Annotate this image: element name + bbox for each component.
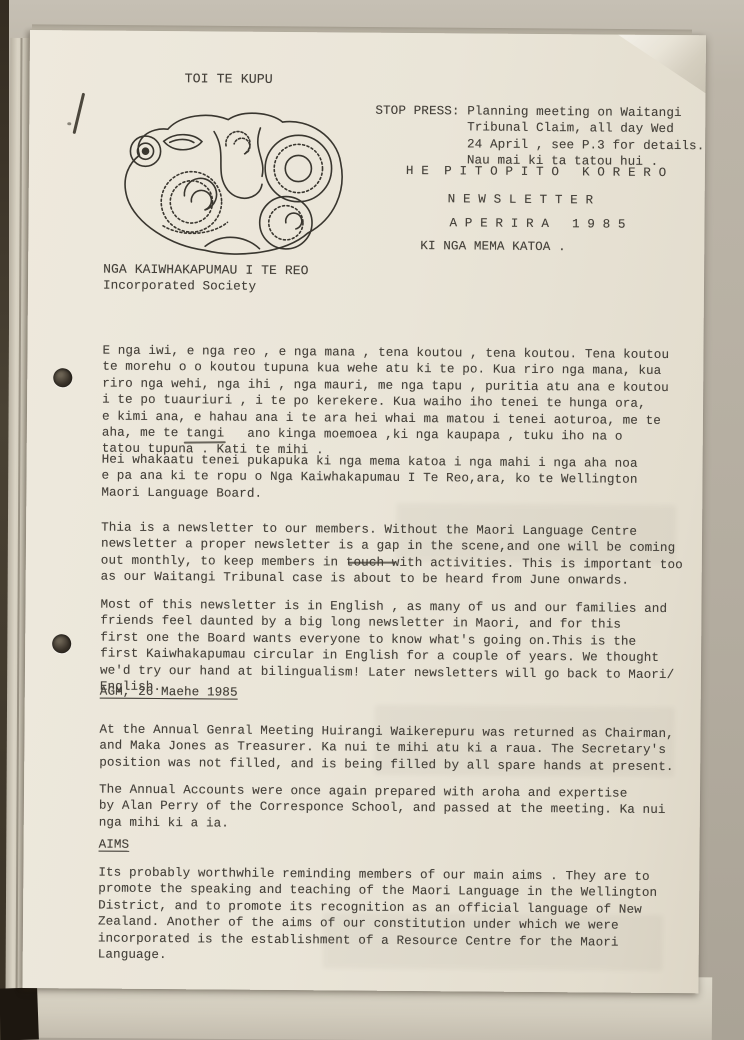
organisation-subtitle: Incorporated Society — [103, 278, 256, 296]
masthead-title: TOI TE KUPU — [185, 71, 273, 88]
section-heading-agm: AGM, 26 Maehe 1985 — [100, 684, 238, 701]
pen-dot-mark — [67, 122, 71, 125]
newsletter-type-title: N E W S L E T T E R — [448, 191, 594, 209]
body-paragraph-mihi: E nga iwi, e nga reo , e nga mana , tena… — [102, 343, 670, 462]
body-paragraph-agm: At the Annual Genral Meeting Huirangi Wa… — [99, 722, 674, 776]
body-paragraph-aims: Its probably worthwhile reminding member… — [98, 865, 658, 968]
body-paragraph-purpose: Hei whakaatu tenei pukapuka ki nga mema … — [101, 452, 637, 505]
background-bottom-left-corner — [0, 987, 39, 1040]
punch-hole-bottom — [52, 634, 71, 653]
section-heading-aims: AIMS — [99, 837, 130, 854]
newsletter-series-title: H E P I T O P I T O K O R E R O — [406, 163, 666, 181]
pen-tick-mark — [73, 93, 86, 135]
page-edge-crease — [15, 38, 22, 998]
newsletter-issue-date: A P E R I R A 1 9 8 5 — [449, 215, 625, 233]
stop-press-notice: STOP PRESS: Planning meeting on Waitangi… — [375, 103, 705, 171]
newsletter-salutation: KI NGA MEMA KATOA . — [420, 238, 566, 256]
typed-strike-mark — [348, 562, 396, 564]
body-paragraph-newsletter-intro: Thia is a newsletter to our members. Wit… — [101, 520, 683, 590]
page-corner-fold — [618, 35, 706, 94]
punch-hole-top — [53, 368, 72, 387]
photographed-newsletter-page: TOI TE KUPU — [0, 0, 744, 1040]
newsletter-page: TOI TE KUPU — [22, 30, 706, 993]
body-paragraph-accounts: The Annual Accounts were once again prep… — [99, 782, 666, 836]
maori-carving-logo — [108, 105, 351, 263]
typed-underline-mark — [184, 441, 226, 443]
